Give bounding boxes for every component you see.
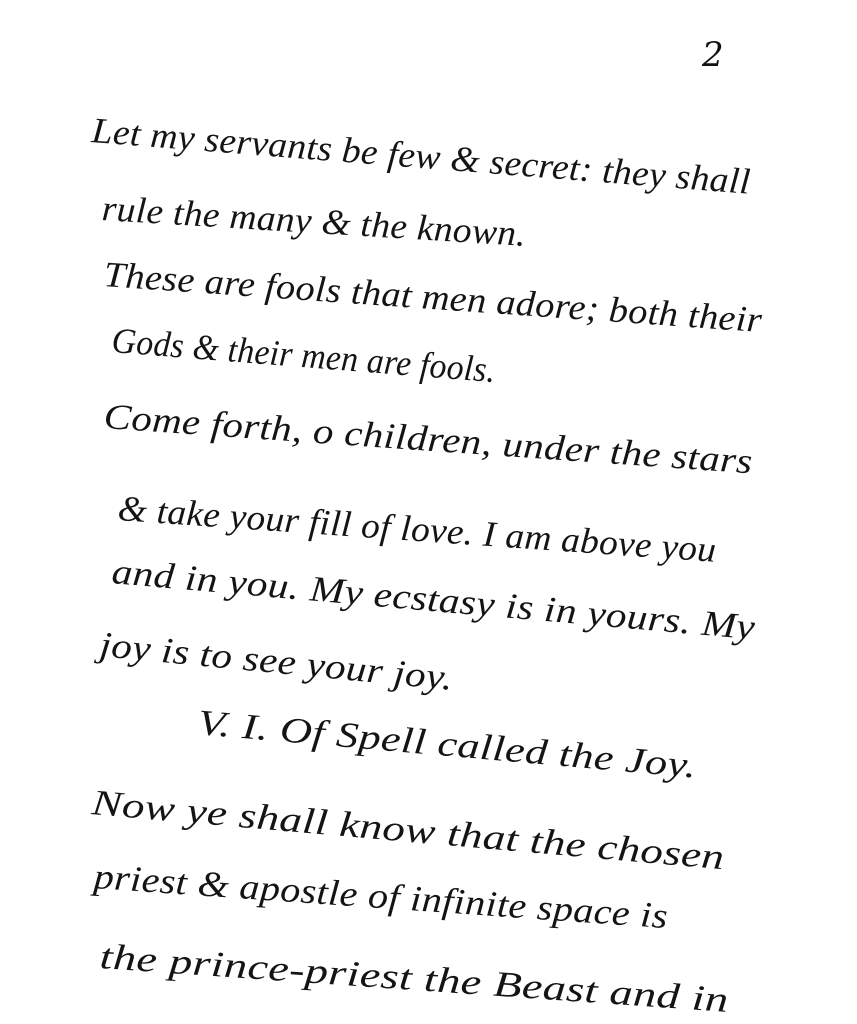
manuscript-line: Gods & their men are fools. xyxy=(111,322,498,388)
page-number: 2 xyxy=(702,38,724,72)
section-heading-line: V. I. Of Spell called the Joy. xyxy=(196,704,698,783)
manuscript-line: Let my servants be few & secret: they sh… xyxy=(91,112,752,200)
manuscript-line: rule the many & the known. xyxy=(101,190,527,252)
manuscript-line: These are fools that men adore; both the… xyxy=(103,256,764,338)
manuscript-line: & take your fill of love. I am above you xyxy=(117,490,718,568)
manuscript-line: the prince-priest the Beast and in xyxy=(99,938,730,1018)
manuscript-line: and in you. My ecstasy is in yours. My xyxy=(110,553,756,645)
manuscript-line: Come forth, o children, under the stars xyxy=(103,398,754,479)
manuscript-page: 2 Let my servants be few & secret: they … xyxy=(0,0,857,1024)
manuscript-line: priest & apostle of infinite space is xyxy=(93,858,669,934)
manuscript-line: joy is to see your joy. xyxy=(98,626,454,696)
